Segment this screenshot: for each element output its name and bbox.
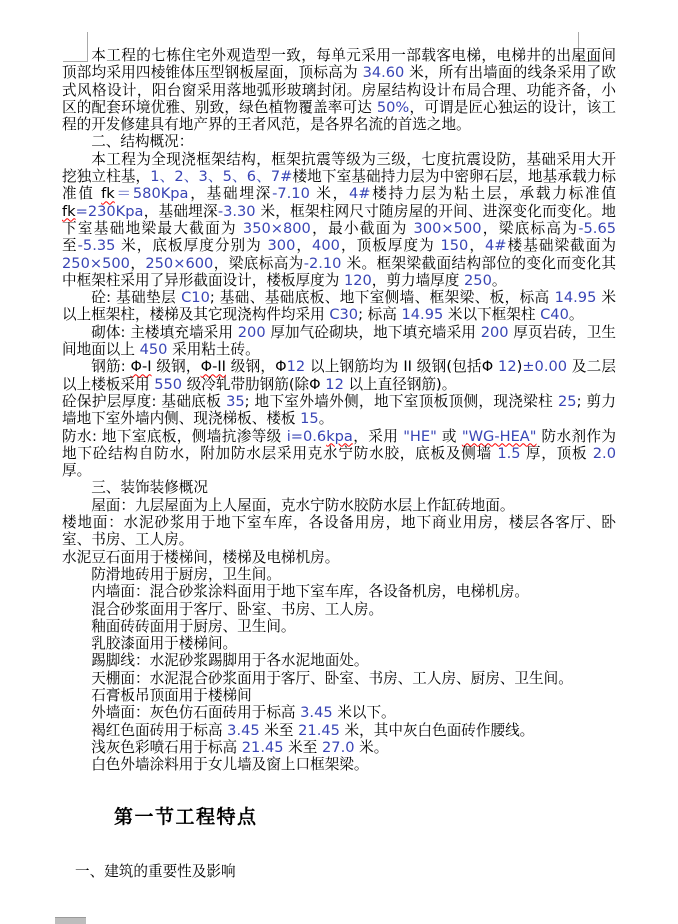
paragraph: 砼保护层厚度: 基础底板 35; 地下室外墙外侧，地下室顶板顶侧，现浇梁柱 25…: [62, 393, 616, 428]
text-run: 米至: [284, 739, 322, 756]
text-run: 采用粘土砖。: [167, 341, 259, 358]
text-run: 以上钢筋均为 II 级钢(包括Φ: [305, 358, 498, 375]
text-run: 楼地面：水泥砂浆用于地下室车库，各设备用房，地下商业用房，楼层各客厅、卧室、书房…: [62, 514, 616, 548]
number-text-run: 14.95: [401, 306, 443, 323]
paragraph: 内墙面：混合砂浆涂料面用于地下室车库，各设备机房，电梯机房。: [62, 583, 616, 600]
document-body[interactable]: 本工程的七栋住宅外观造型一致，每单元采用一部载客电梯，电梯井的出屋面间顶部均采用…: [62, 47, 616, 880]
text-run: ，: [130, 255, 145, 272]
paragraph: 浅灰色彩喷石用于标高 21.45 米至 27.0 米。: [62, 739, 616, 756]
text-run: 。: [569, 306, 584, 323]
paragraph: 釉面砖砖面用于厨房、卫生间。: [62, 618, 616, 635]
number-text-run: 15: [300, 410, 319, 427]
text-run: ，基础埋深: [189, 185, 273, 202]
number-text-run: 3.45: [227, 722, 260, 739]
text-run: 厚，顶板: [521, 445, 593, 462]
paragraph: 防滑地砖用于厨房，卫生间。: [62, 566, 616, 583]
number-text-run: -5.35: [78, 237, 116, 254]
text-run: 内墙面：混合砂浆涂料面用于地下室车库，各设备机房，电梯机房。: [91, 583, 529, 600]
text-run: 级冷轧带肋钢筋(除Φ: [182, 376, 325, 393]
number-text-run: =230Kpa: [76, 203, 144, 220]
text-run: 米。: [355, 739, 389, 756]
text-run: ，梁底标高为: [213, 255, 303, 272]
number-text-run: 34.60: [363, 64, 405, 81]
paragraph: 防水: 地下室底板，侧墙抗渗等级 i=0.6kpa，采用 "HE" 或 "WG-…: [62, 428, 616, 480]
text-run: ，剪力墙厚度: [372, 272, 464, 289]
text-run: 以上直径钢筋)。: [344, 376, 457, 393]
paragraph: 屋面：九层屋面为上人屋面，克水宁防水胶防水层上作缸砖地面。: [62, 497, 616, 514]
number-text-run: 400: [312, 237, 340, 254]
text-run: 级钢，Φ: [226, 358, 287, 375]
number-text-run: ±0.00: [522, 358, 567, 375]
paragraph: 本工程的七栋住宅外观造型一致，每单元采用一部载客电梯，电梯井的出屋面间顶部均采用…: [62, 47, 616, 133]
text-run: ; 基础、基础底板、地下室侧墙、框架梁、板，标高: [210, 289, 555, 306]
number-text-run: 200: [238, 324, 266, 341]
number-text-run: 21.45: [298, 722, 340, 739]
paragraph: 混合砂浆面用于客厅、卧室、书房、工人房。: [62, 601, 616, 618]
text-run: 釉面砖砖面用于厨房、卫生间。: [91, 618, 295, 635]
number-text-run: 200: [481, 324, 509, 341]
text-run: 三、装饰装修概况: [91, 479, 208, 496]
text-run: 浅灰色彩喷石用于标高: [91, 739, 242, 756]
text-run: ，: [468, 237, 485, 254]
number-text-run: 25: [558, 393, 577, 410]
text-run: ，: [295, 237, 312, 254]
text-run: 米，: [310, 185, 349, 202]
text-run: 石膏板吊顶面用于楼梯间: [91, 687, 252, 704]
number-text-run: i=0.6: [287, 428, 327, 445]
text-run: 外墙面：灰色仿石面砖用于标高: [91, 704, 300, 721]
number-text-run: 450: [140, 341, 168, 358]
paragraph: 三、装饰装修概况: [62, 479, 616, 496]
text-run: ，梁底标高为: [482, 220, 579, 237]
number-text-run: 12: [287, 358, 306, 375]
text-run: 水泥豆石面用于楼梯间，楼梯及电梯机房。: [62, 549, 339, 566]
misspelled-text-run: "WG-HEA": [462, 428, 537, 445]
text-run: 砌体: 主楼填充墙采用: [91, 324, 238, 341]
text-run: 钢筋:: [91, 358, 130, 375]
paragraph: 白色外墙涂料用于女儿墙及窗上口框架梁。: [62, 756, 616, 773]
text-run: 褐红色面砖用于标高: [91, 722, 227, 739]
text-run: 。: [492, 272, 507, 289]
text-run: 级钢，: [152, 358, 201, 375]
text-run: 或: [437, 428, 462, 445]
misspelled-text-run: fk: [101, 185, 115, 202]
paragraph: 砼: 基础垫层 C10; 基础、基础底板、地下室侧墙、框架梁、板，标高 14.9…: [62, 289, 616, 324]
text-run: ; 标高: [358, 306, 401, 323]
number-text-run: 3.45: [300, 704, 333, 721]
text-run: 米，其中灰白色面砖作腰线。: [340, 722, 534, 739]
number-text-run: C40: [540, 306, 569, 323]
text-run: 至: [62, 237, 78, 254]
paragraph: 踢脚线：水泥砂浆踢脚用于各水泥地面处。: [62, 652, 616, 669]
paragraph: 钢筋: Φ-I 级钢，Φ-II 级钢，Φ12 以上钢筋均为 II 级钢(包括Φ …: [62, 358, 616, 393]
text-run: 。: [319, 410, 334, 427]
paragraph: 乳胶漆面用于楼梯间。: [62, 635, 616, 652]
number-text-run: -7.10: [272, 185, 310, 202]
text-run: 米以下框架柱: [443, 306, 540, 323]
paragraph: 水泥豆石面用于楼梯间，楼梯及电梯机房。: [62, 549, 616, 566]
number-text-run: 250×600: [145, 255, 213, 272]
number-text-run: 1.5: [497, 445, 520, 462]
number-text-run: 250×500: [62, 255, 130, 272]
number-text-run: 250: [464, 272, 492, 289]
number-text-run: -5.65: [578, 220, 616, 237]
text-run: 砼保护层厚度: 基础底板: [62, 393, 226, 410]
text-run: 厚。: [62, 462, 91, 479]
text-run: 防滑地砖用于厨房，卫生间。: [91, 566, 281, 583]
number-text-run: 21.45: [242, 739, 284, 756]
number-text-run: C30: [329, 306, 358, 323]
number-text-run: 14.95: [555, 289, 597, 306]
number-text-run: 4#: [485, 237, 507, 254]
text-run: 防水: 地下室底板，侧墙抗渗等级: [62, 428, 287, 445]
misspelled-text-run: Φ-I: [130, 358, 151, 375]
number-text-run: -3.30: [218, 203, 256, 220]
number-text-run: 4#: [349, 185, 371, 202]
text-run: ，最小截面为: [311, 220, 414, 237]
next-element-fragment: [55, 917, 86, 924]
paragraphs-container: 本工程的七栋住宅外观造型一致，每单元采用一部载客电梯，电梯井的出屋面间顶部均采用…: [62, 47, 616, 773]
number-text-run: 2.0: [593, 445, 616, 462]
text-run: 米以下。: [333, 704, 396, 721]
number-text-run: -2.10: [304, 255, 342, 272]
text-run: 砼: 基础垫层: [91, 289, 181, 306]
paragraph: 褐红色面砖用于标高 3.45 米至 21.45 米，其中灰白色面砖作腰线。: [62, 722, 616, 739]
text-run: 二、结构概况：: [91, 133, 193, 150]
text-run: ，顶板厚度为: [340, 237, 441, 254]
text-run: ，基础埋深: [143, 203, 217, 220]
number-text-run: ＝580Kpa: [115, 185, 189, 202]
misspelled-text-run: fk: [62, 203, 76, 220]
number-text-run: 1、2、3、5、6、7#: [150, 168, 292, 185]
number-text-run: "HE": [403, 428, 437, 445]
paragraph: 石膏板吊顶面用于楼梯间: [62, 687, 616, 704]
outline-item: 一、建筑的重要性及影响: [75, 863, 616, 880]
text-run: ，采用: [353, 428, 403, 445]
misspelled-text-run: Φ-II: [201, 358, 226, 375]
text-run: 白色外墙涂料用于女儿墙及窗上口框架梁。: [91, 756, 368, 773]
text-run: 天棚面：水泥混合砂浆面用于客厅、卧室、书房、工人房、厨房、卫生间。: [91, 670, 573, 687]
number-text-run: 12: [325, 376, 344, 393]
number-text-run: 35: [226, 393, 245, 410]
paragraph: 砌体: 主楼填充墙采用 200 厚加气砼砌块，地下填充墙采用 200 厚页岩砖，…: [62, 324, 616, 359]
text-run: 楼基础梁截面为: [507, 237, 616, 254]
number-text-run: 300: [268, 237, 296, 254]
text-run: 混合砂浆面用于客厅、卧室、书房、工人房。: [91, 601, 383, 618]
number-text-run: 350×800: [243, 220, 311, 237]
paragraph: 外墙面：灰色仿石面砖用于标高 3.45 米以下。: [62, 704, 616, 721]
text-run: 米至: [260, 722, 298, 739]
text-run: 屋面：九层屋面为上人屋面，克水宁防水胶防水层上作缸砖地面。: [91, 497, 514, 514]
paragraph: 二、结构概况：: [62, 133, 616, 150]
number-text-run: 120: [344, 272, 372, 289]
number-text-run: C10: [181, 289, 210, 306]
section-heading: 第一节工程特点: [114, 809, 616, 826]
number-text-run: 50%: [377, 99, 409, 116]
paragraph: 天棚面：水泥混合砂浆面用于客厅、卧室、书房、工人房、厨房、卫生间。: [62, 670, 616, 687]
document-page: 本工程的七栋住宅外观造型一致，每单元采用一部载客电梯，电梯井的出屋面间顶部均采用…: [0, 0, 678, 924]
text-run: 厚加气砼砌块，地下填充墙采用: [266, 324, 481, 341]
text-run: 乳胶漆面用于楼梯间。: [91, 635, 237, 652]
number-text-run: 27.0: [322, 739, 355, 756]
number-text-run: 150: [440, 237, 468, 254]
text-run: ; 地下室外墙外侧，地下室顶板顶侧，现浇梁柱: [245, 393, 558, 410]
number-text-run: 12: [498, 358, 517, 375]
text-run: 踢脚线：水泥砂浆踢脚用于各水泥地面处。: [91, 652, 368, 669]
number-text-run: 550: [154, 376, 182, 393]
text-run: 楼持力层为粘土层，承载力标准值: [371, 185, 616, 202]
paragraph: 楼地面：水泥砂浆用于地下室车库，各设备用房，地下商业用房，楼层各客厅、卧室、书房…: [62, 514, 616, 549]
text-run: 米，底板厚度分别为: [115, 237, 267, 254]
number-text-run: 300×500: [414, 220, 482, 237]
paragraph: 本工程为全现浇框架结构，框架抗震等级为三级，七度抗震设防，基础采用大开挖独立柱基…: [62, 151, 616, 289]
misspelled-text-run: kpa: [326, 428, 353, 445]
